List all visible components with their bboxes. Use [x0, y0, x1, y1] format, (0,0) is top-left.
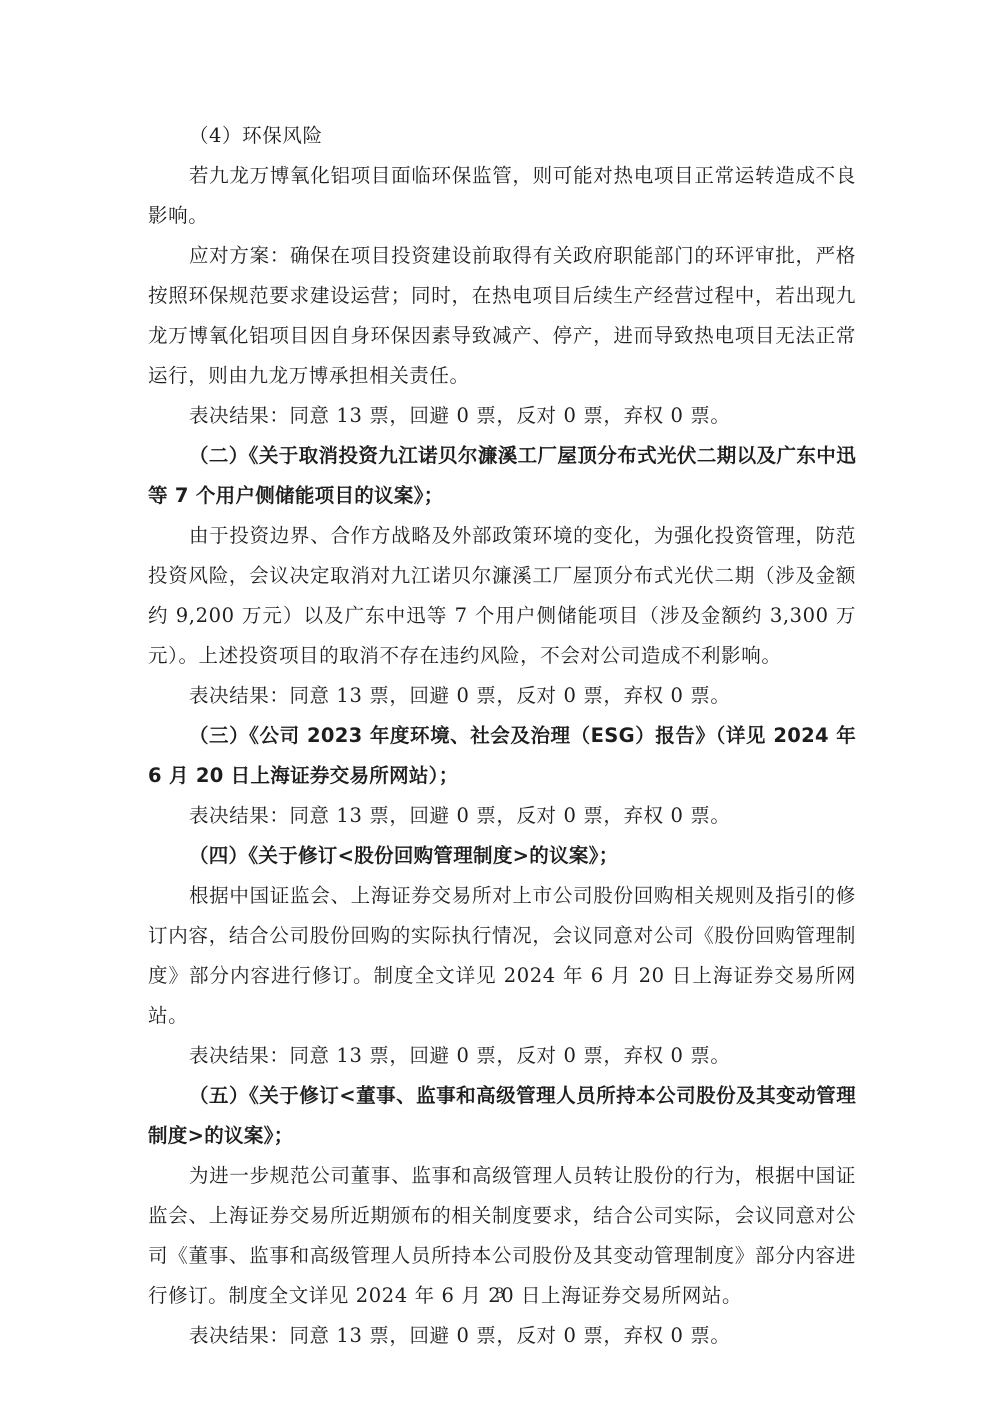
document-page: （4）环保风险 若九龙万博氧化铝项目面临环保监管，则可能对热电项目正常运转造成不… [148, 116, 856, 1356]
vote-result: 表决结果：同意 13 票，回避 0 票，反对 0 票，弃权 0 票。 [148, 796, 856, 836]
subheading-env-risk: （4）环保风险 [148, 116, 856, 156]
motion-heading-4: （四）《关于修订<股份回购管理制度>的议案》； [148, 836, 856, 876]
paragraph-env-risk: 若九龙万博氧化铝项目面临环保监管，则可能对热电项目正常运转造成不良影响。 [148, 156, 856, 236]
motion-heading-2: （二）《关于取消投资九江诺贝尔濂溪工厂屋顶分布式光伏二期以及广东中迅等 7 个用… [148, 436, 856, 516]
vote-result: 表决结果：同意 13 票，回避 0 票，反对 0 票，弃权 0 票。 [148, 676, 856, 716]
paragraph-countermeasure: 应对方案：确保在项目投资建设前取得有关政府职能部门的环评审批，严格按照环保规范要… [148, 236, 856, 396]
motion-heading-5: （五）《关于修订<董事、监事和高级管理人员所持本公司股份及其变动管理制度>的议案… [148, 1076, 856, 1156]
paragraph-motion-4: 根据中国证监会、上海证券交易所对上市公司股份回购相关规则及指引的修订内容，结合公… [148, 876, 856, 1036]
page-number: 3 [0, 1285, 1000, 1303]
vote-result: 表决结果：同意 13 票，回避 0 票，反对 0 票，弃权 0 票。 [148, 1036, 856, 1076]
motion-heading-3: （三）《公司 2023 年度环境、社会及治理（ESG）报告》（详见 2024 年… [148, 716, 856, 796]
vote-result: 表决结果：同意 13 票，回避 0 票，反对 0 票，弃权 0 票。 [148, 1316, 856, 1356]
vote-result: 表决结果：同意 13 票，回避 0 票，反对 0 票，弃权 0 票。 [148, 396, 856, 436]
paragraph-motion-2: 由于投资边界、合作方战略及外部政策环境的变化，为强化投资管理，防范投资风险，会议… [148, 516, 856, 676]
